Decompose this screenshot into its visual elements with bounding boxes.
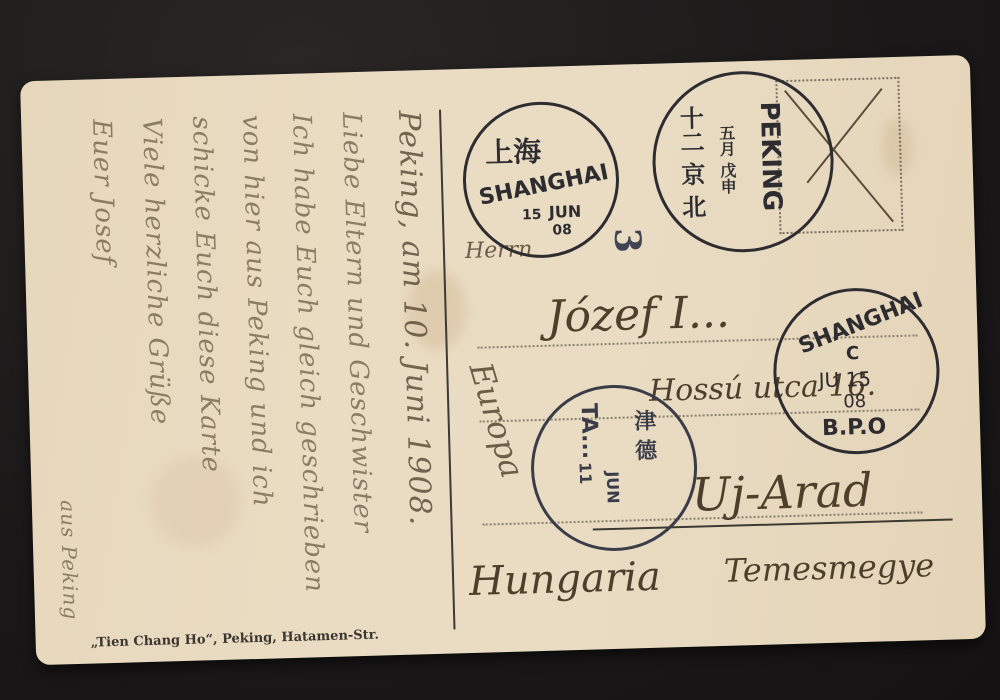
message-line: Euer Josef <box>86 119 120 266</box>
postcard: Peking, am 10. Juni 1908. Liebe Eltern u… <box>20 55 986 665</box>
postmark-shanghai-chinese: 上海 SHANGHAI 15 JUN 08 <box>461 100 621 260</box>
message-line: schicke Euch diese Karte <box>186 116 226 473</box>
message-line: Ich habe Euch gleich geschrieben <box>286 113 329 593</box>
message-signoff: aus Peking <box>56 500 83 621</box>
address-county: Temesmegye <box>723 546 934 590</box>
printer-imprint: „Tien Chang Ho“, Peking, Hatamen-Str. <box>91 628 380 651</box>
message-line: Viele herzliche Grüße <box>136 117 175 425</box>
blue-crayon-mark: 3 <box>606 227 649 253</box>
address-country: Hungaria <box>469 554 662 605</box>
postmark-shanghai-bpo: SHANGHAI C JU 15 08 B.P.O <box>771 286 942 457</box>
message-line: Liebe Eltern und Geschwister <box>336 112 378 534</box>
address-city: Uj-Arad <box>691 463 873 522</box>
message-heading: Peking, am 10. Juni 1908. <box>391 110 438 527</box>
address-name: Józef I... <box>546 287 730 343</box>
message-line: von hier aus Peking und ich <box>236 115 277 508</box>
center-divider <box>439 110 456 630</box>
